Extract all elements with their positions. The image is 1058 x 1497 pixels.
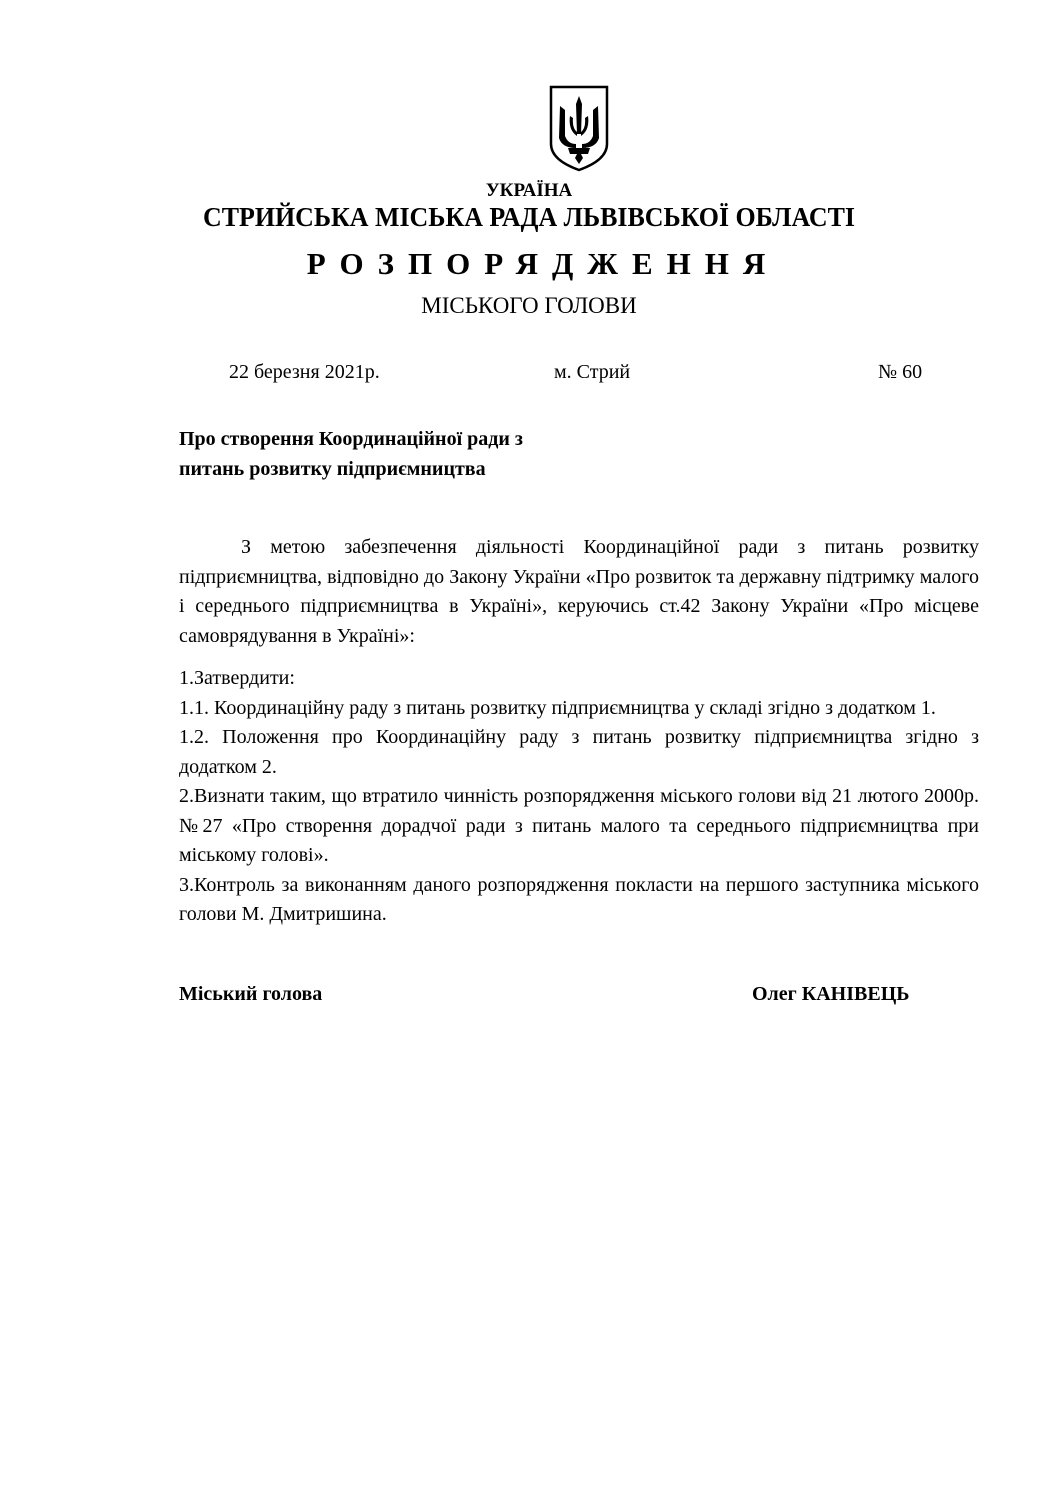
preamble-paragraph: З метою забезпечення діяльності Координа… xyxy=(179,533,979,651)
document-subject: Про створення Координаційної ради з пита… xyxy=(179,424,699,484)
document-issuer-heading: МІСЬКОГО ГОЛОВИ xyxy=(0,293,1058,319)
clause-1-1: 1.1. Координаційну раду з питань розвитк… xyxy=(179,694,979,724)
document-number: № 60 xyxy=(878,361,922,384)
subject-line-1: Про створення Координаційної ради з xyxy=(179,424,699,454)
signatory-title: Міський голова xyxy=(179,983,322,1006)
clause-1: 1.Затвердити: xyxy=(179,664,979,694)
document-date: 22 березня 2021р. xyxy=(229,361,380,384)
signatory-name: Олег КАНІВЕЦЬ xyxy=(752,983,909,1006)
coat-of-arms-icon xyxy=(548,84,610,172)
document-place: м. Стрий xyxy=(554,361,630,384)
preamble-text: З метою забезпечення діяльності Координа… xyxy=(179,533,979,651)
document-type-heading: РОЗПОРЯДЖЕННЯ xyxy=(0,246,1058,282)
country-heading: УКРАЇНА xyxy=(0,180,1058,202)
clause-1-2: 1.2. Положення про Координаційну раду з … xyxy=(179,723,979,782)
subject-line-2: питань розвитку підприємництва xyxy=(179,454,699,484)
clause-2: 2.Визнати таким, що втратило чинність ро… xyxy=(179,782,979,871)
clauses-list: 1.Затвердити: 1.1. Координаційну раду з … xyxy=(179,664,979,930)
council-heading: СТРИЙСЬКА МІСЬКА РАДА ЛЬВІВСЬКОЇ ОБЛАСТІ xyxy=(21,202,1037,233)
clause-3: 3.Контроль за виконанням даного розпоряд… xyxy=(179,871,979,930)
